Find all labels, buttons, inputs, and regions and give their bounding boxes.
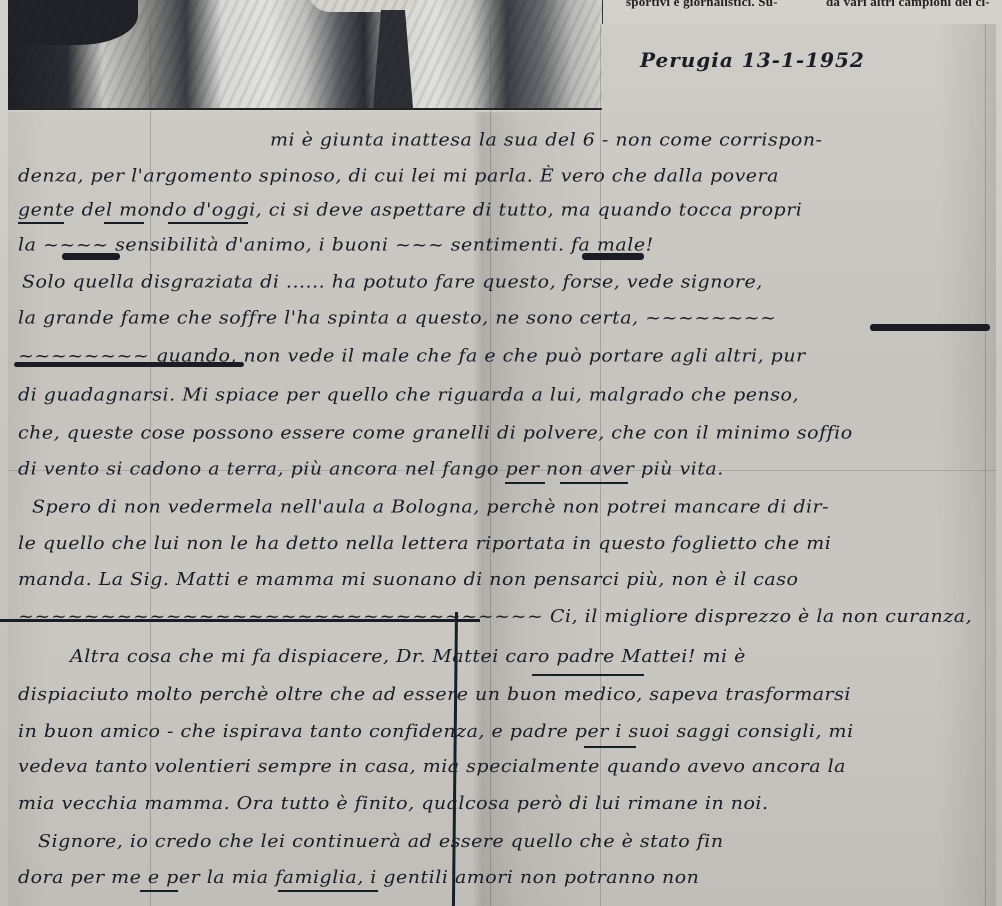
letter-line: denza, per l'argomento spinoso, di cui l… bbox=[18, 165, 779, 186]
crossed-out-word bbox=[582, 253, 644, 260]
letter-line: Signore, io credo che lei continuerà ad … bbox=[38, 831, 724, 852]
underline bbox=[278, 890, 378, 892]
underline bbox=[140, 890, 178, 892]
letter-line: in buon amico - che ispirava tanto confi… bbox=[18, 721, 854, 742]
letter-line: Altra cosa che mi fa dispiacere, Dr. Mat… bbox=[70, 646, 746, 667]
printed-text-column-right: da vari altri campioni del ci- bbox=[826, 0, 990, 10]
letter-line: Solo quella disgraziata di ...... ha pot… bbox=[22, 271, 763, 292]
letter-line: dispiaciuto molto perchè oltre che ad es… bbox=[18, 684, 851, 705]
letter-line: ~~~~~~~~~~~~~~~~~~~~~~~~~~~~~~~~ Ci, il … bbox=[18, 606, 972, 627]
photograph bbox=[8, 0, 603, 110]
crossed-out-word bbox=[870, 324, 990, 331]
paper-fold-line bbox=[985, 24, 986, 906]
letter-line: vedeva tanto volentieri sempre in casa, … bbox=[18, 756, 846, 777]
letter-line: dora per me e per la mia famiglia, i gen… bbox=[18, 867, 699, 888]
letter-line: mi è giunta inattesa la sua del 6 - non … bbox=[270, 129, 822, 150]
letter-line: le quello che lui non le ha detto nella … bbox=[18, 533, 831, 554]
underline bbox=[532, 674, 644, 676]
underline bbox=[168, 222, 248, 224]
strikethrough-line bbox=[0, 619, 480, 622]
letter-line: gente del mondo d'oggi, ci si deve aspet… bbox=[18, 199, 802, 220]
underline bbox=[560, 482, 628, 484]
crossed-out-word bbox=[14, 362, 244, 367]
letter-line: manda. La Sig. Matti e mamma mi suonano … bbox=[18, 569, 798, 590]
letter-place-date: Perugia 13-1-1952 bbox=[640, 48, 865, 72]
underline bbox=[104, 222, 144, 224]
letter-line: la grande fame che soffre l'ha spinta a … bbox=[18, 307, 776, 328]
printed-text-column-left: sportivi e giornalistici. Su- bbox=[626, 0, 778, 10]
underline bbox=[584, 746, 636, 748]
letter-line: che, queste cose possono essere come gra… bbox=[18, 422, 853, 443]
letter-line: Spero di non vedermela nell'aula a Bolog… bbox=[32, 496, 829, 517]
letter-line: di guadagnarsi. Mi spiace per quello che… bbox=[18, 384, 799, 405]
photo-stripe-shading bbox=[8, 0, 602, 108]
letter-line: la ~~~~ sensibilità d'animo, i buoni ~~~… bbox=[18, 234, 654, 255]
underline bbox=[505, 482, 545, 484]
letter-line: di vento si cadono a terra, più ancora n… bbox=[18, 458, 724, 479]
scanned-magazine-page: sportivi e giornalistici. Su- da vari al… bbox=[0, 0, 1002, 906]
crossed-out-word bbox=[62, 253, 120, 260]
letter-line: mia vecchia mamma. Ora tutto è finito, q… bbox=[18, 793, 769, 814]
underline bbox=[18, 222, 64, 224]
